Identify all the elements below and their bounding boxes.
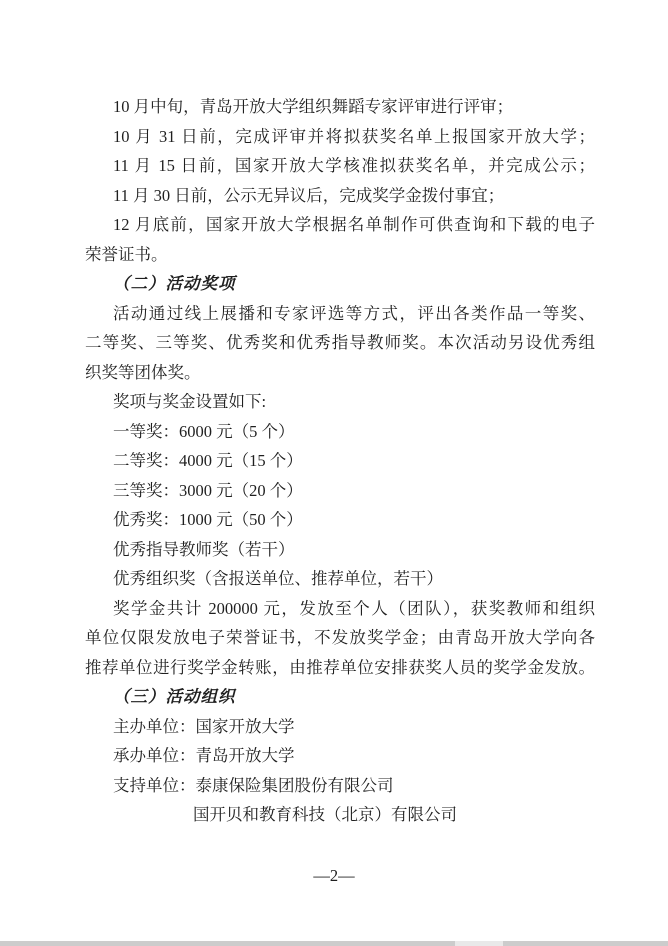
horizontal-scrollbar[interactable] (0, 941, 668, 946)
organizer-supporter-2: 国开贝和教育科技（北京）有限公司 (85, 800, 595, 830)
awards-intro-line-3: 织奖等团体奖。 (85, 358, 595, 388)
scholarship-line-1: 奖学金共计 200000 元，发放至个人（团队），获奖教师和组织 (85, 594, 595, 624)
scrollbar-thumb[interactable] (455, 941, 503, 946)
prize-third: 三等奖：3000 元（20 个） (85, 476, 595, 506)
schedule-line-october-31: 10 月 31 日前，完成评审并将拟获奖名单上报国家开放大学； (85, 122, 595, 152)
organizer-host: 主办单位：国家开放大学 (85, 712, 595, 742)
section-heading-awards: （二）活动奖项 (85, 269, 595, 299)
page-number: —2— (0, 861, 668, 891)
awards-intro-line-1: 活动通过线上展播和专家评选等方式，评出各类作品一等奖、 (85, 299, 595, 329)
document-page: 10 月中旬，青岛开放大学组织舞蹈专家评审进行评审； 10 月 31 日前，完成… (0, 0, 668, 946)
prize-first: 一等奖：6000 元（5 个） (85, 417, 595, 447)
schedule-line-december-cont: 荣誉证书。 (85, 240, 595, 270)
schedule-line-november-30: 11 月 30 日前，公示无异议后，完成奖学金拨付事宜； (85, 181, 595, 211)
organizer-undertaker: 承办单位：青岛开放大学 (85, 741, 595, 771)
document-text-block: 10 月中旬，青岛开放大学组织舞蹈专家评审进行评审； 10 月 31 日前，完成… (85, 92, 595, 830)
prize-advisor: 优秀指导教师奖（若干） (85, 535, 595, 565)
section-heading-organization: （三）活动组织 (85, 682, 595, 712)
schedule-line-october-mid: 10 月中旬，青岛开放大学组织舞蹈专家评审进行评审； (85, 92, 595, 122)
schedule-line-november-15: 11 月 15 日前，国家开放大学核准拟获奖名单，并完成公示； (85, 151, 595, 181)
prize-second: 二等奖：4000 元（15 个） (85, 446, 595, 476)
organizer-supporter-1: 支持单位：泰康保险集团股份有限公司 (85, 771, 595, 801)
prize-setup-label: 奖项与奖金设置如下: (85, 387, 595, 417)
scholarship-line-3: 推荐单位进行奖学金转账，由推荐单位安排获奖人员的奖学金发放。 (85, 653, 595, 683)
prize-excellence: 优秀奖：1000 元（50 个） (85, 505, 595, 535)
scholarship-line-2: 单位仅限发放电子荣誉证书，不发放奖学金；由青岛开放大学向各 (85, 623, 595, 653)
prize-organization: 优秀组织奖（含报送单位、推荐单位，若干） (85, 564, 595, 594)
awards-intro-line-2: 二等奖、三等奖、优秀奖和优秀指导教师奖。本次活动另设优秀组 (85, 328, 595, 358)
schedule-line-december: 12 月底前，国家开放大学根据名单制作可供查询和下载的电子 (85, 210, 595, 240)
